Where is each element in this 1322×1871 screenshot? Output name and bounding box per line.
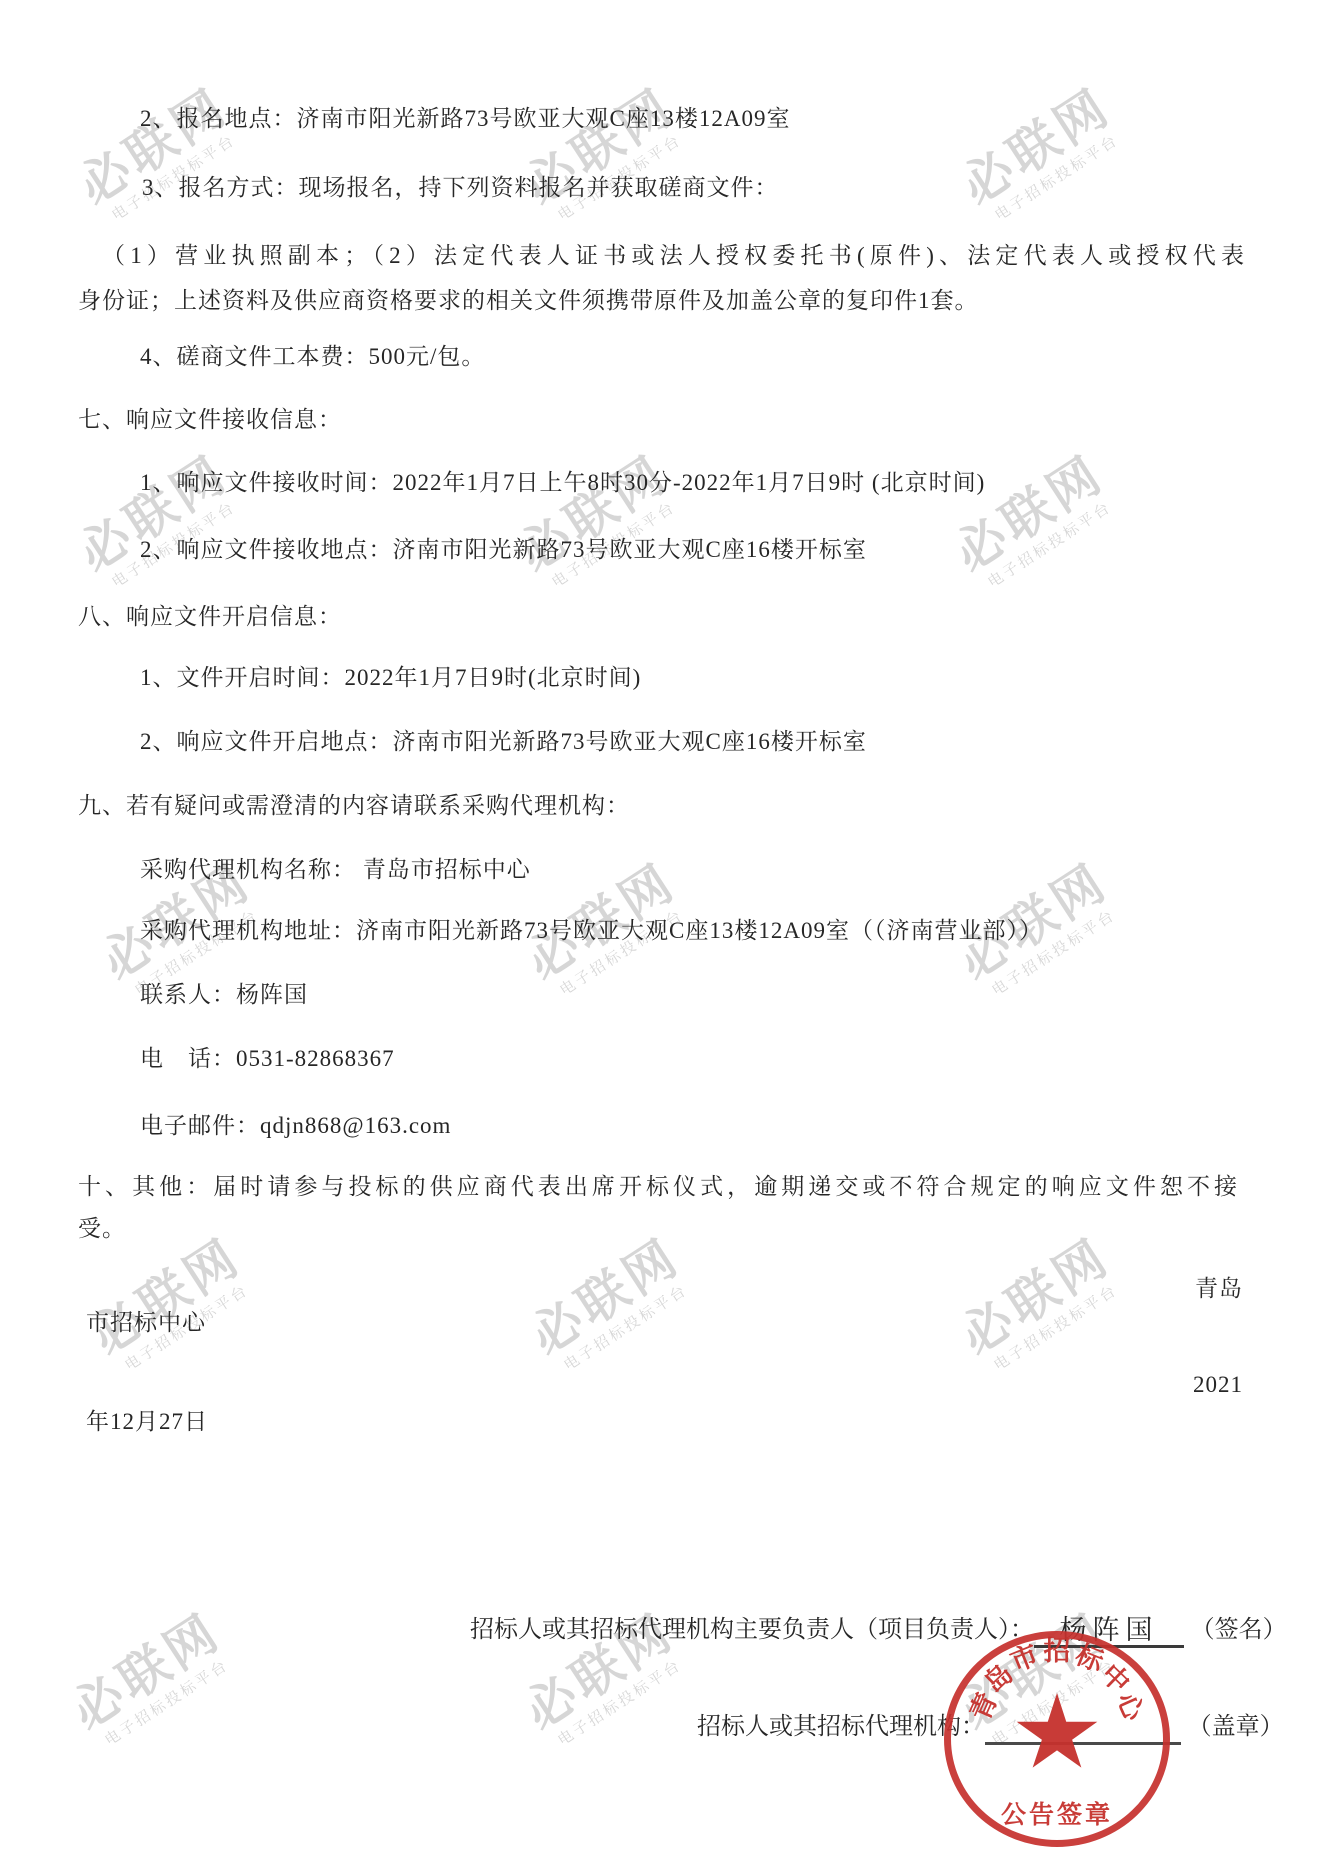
watermark-title: 必联网 — [30, 54, 276, 239]
line-receive-time: 1、响应文件接收时间：2022年1月7日上午8时30分-2022年1月7日9时 … — [140, 466, 985, 500]
line-open-time: 1、文件开启时间：2022年1月7日9时(北京时间) — [140, 661, 641, 695]
line-qingdao: 青岛 — [1195, 1272, 1243, 1306]
line-doc-fee: 4、磋商文件工本费：500元/包。 — [140, 340, 485, 374]
watermark: 必联网电子招标投标平台 — [23, 1579, 306, 1821]
line-center-name: 市招标中心 — [86, 1306, 206, 1340]
line-phone: 电 话：0531-82868367 — [140, 1042, 395, 1076]
signature-agency-suffix: （盖章） — [1188, 1713, 1284, 1740]
watermark: 必联网电子招标投标平台 — [910, 829, 1193, 1071]
document-page: 必联网电子招标投标平台 必联网电子招标投标平台 必联网电子招标投标平台 必联网电… — [0, 0, 1322, 1871]
line-date: 年12月27日 — [86, 1405, 208, 1439]
line-receive-location: 2、响应文件接收地点：济南市阳光新路73号欧亚大观C座16楼开标室 — [140, 533, 867, 567]
line-signup-method: 3、报名方式：现场报名，持下列资料报名并获取磋商文件： — [142, 171, 779, 205]
section-7-receive-info: 七、响应文件接收信息： — [78, 403, 342, 437]
watermark: 必联网电子招标投标平台 — [912, 1204, 1195, 1446]
section-8-open-info: 八、响应文件开启信息： — [78, 600, 342, 634]
line-other-cont: 受。 — [78, 1212, 126, 1246]
line-contact-person: 联系人：杨阵国 — [140, 978, 308, 1012]
official-stamp: 青 岛 市 招 标 中 心 公告签章 — [944, 1631, 1170, 1847]
section-9-contact: 九、若有疑问或需澄清的内容请联系采购代理机构： — [78, 789, 630, 823]
signature-agency-label: 招标人或其招标代理机构： — [697, 1713, 985, 1740]
line-open-location: 2、响应文件开启地点：济南市阳光新路73号欧亚大观C座16楼开标室 — [140, 725, 867, 759]
stamp-border — [944, 1631, 1170, 1847]
signature-leader-suffix: （签名） — [1191, 1616, 1287, 1643]
line-materials: （1）营业执照副本；（2）法定代表人证书或法人授权委托书(原件)、法定代表人或授… — [102, 239, 1245, 273]
line-signup-location: 2、报名地点：济南市阳光新路73号欧亚大观C座13楼12A09室 — [140, 102, 790, 136]
line-year: 2021 — [1193, 1368, 1243, 1402]
line-agency-name: 采购代理机构名称： 青岛市招标中心 — [140, 853, 531, 887]
line-email: 电子邮件：qdjn868@163.com — [140, 1109, 451, 1143]
line-agency-address: 采购代理机构地址：济南市阳光新路73号欧亚大观C座13楼12A09室（（济南营业… — [140, 914, 1043, 948]
line-materials-cont: 身份证；上述资料及供应商资格要求的相关文件须携带原件及加盖公章的复印件1套。 — [78, 284, 979, 318]
section-10-other: 十、其他：届时请参与投标的供应商代表出席开标仪式，逾期递交或不符合规定的响应文件… — [78, 1170, 1238, 1204]
watermark: 必联网电子招标投标平台 — [906, 421, 1189, 663]
watermark: 必联网电子招标投标平台 — [482, 1204, 765, 1446]
